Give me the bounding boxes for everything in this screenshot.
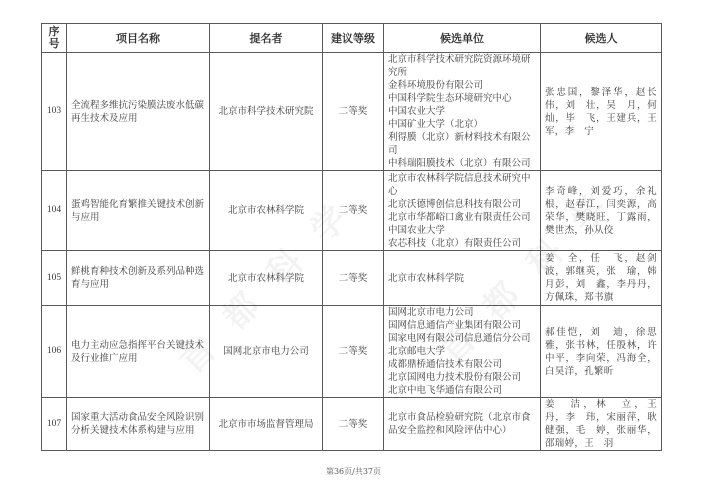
- unit-item: 国网北京市电力公司: [388, 306, 536, 319]
- unit-item: 北京沃德博创信息科技有限公司: [388, 198, 536, 211]
- row-units: 国网北京市电力公司 国网信息通信产业集团有限公司 国家电网有限公司信息通信分公司…: [384, 306, 541, 398]
- unit-item: 国家电网有限公司信息通信分公司: [388, 332, 536, 345]
- table-row: 106 电力主动应急指挥平台关键技术及行业推广应用 国网北京市电力公司 二等奖 …: [42, 306, 662, 398]
- unit-item: 北京市农林科学院: [388, 272, 536, 285]
- row-candidates: 姜 洁，林 立，王 丹，李 玮，宋丽萍，耿健强，毛 婷，张丽华，邵瑞婷，王 羽: [541, 398, 662, 451]
- unit-item: 中国科学院生态环境研究中心: [388, 92, 536, 105]
- row-nominator: 北京市农林科学院: [210, 171, 323, 251]
- header-candidates: 候选人: [541, 24, 662, 53]
- header-level: 建议等级: [323, 24, 384, 53]
- row-units: 北京市农林科学院信息技术研究中心 北京沃德博创信息科技有限公司 北京市华都峪口禽…: [384, 171, 541, 251]
- unit-item: 国网信息通信产业集团有限公司: [388, 319, 536, 332]
- table-row: 103 全流程多维抗污染膜法废水低碳再生技术及应用 北京市科学技术研究院 二等奖…: [42, 53, 662, 171]
- unit-item: 农芯科技（北京）有限责任公司: [388, 237, 536, 250]
- row-candidates: 郝佳恺，刘 迪，徐思雅，张书林，任殷林，许中平，李向荣，冯海全，白昊洋，孔繁昕: [541, 306, 662, 398]
- row-nominator: 北京市市场监督管理局: [210, 398, 323, 451]
- row-no: 106: [42, 306, 67, 398]
- table-header-row: 序号 项目名称 提名者 建议等级 候选单位 候选人: [42, 24, 662, 53]
- row-no: 107: [42, 398, 67, 451]
- header-nominator: 提名者: [210, 24, 323, 53]
- unit-item: 北京市食品检验研究院（北京市食品安全监控和风险评估中心）: [388, 411, 536, 437]
- unit-item: 北京市农林科学院信息技术研究中心: [388, 172, 536, 198]
- table-row: 107 国家重大活动食品安全风险识别分析关键技术体系构建与应用 北京市市场监督管…: [42, 398, 662, 451]
- row-no: 104: [42, 171, 67, 251]
- unit-item: 北京市华都峪口禽业有限责任公司: [388, 211, 536, 224]
- unit-item: 北京市科学技术研究院资源环境研究所: [388, 53, 536, 79]
- row-level: 二等奖: [323, 171, 384, 251]
- row-level: 二等奖: [323, 306, 384, 398]
- row-project: 鲜桃育种技术创新及系列品种选育与应用: [67, 251, 210, 306]
- row-nominator: 北京市科学技术研究院: [210, 53, 323, 171]
- header-no: 序号: [42, 24, 67, 53]
- row-project: 国家重大活动食品安全风险识别分析关键技术体系构建与应用: [67, 398, 210, 451]
- row-units: 北京市食品检验研究院（北京市食品安全监控和风险评估中心）: [384, 398, 541, 451]
- row-no: 105: [42, 251, 67, 306]
- row-level: 二等奖: [323, 53, 384, 171]
- row-project: 全流程多维抗污染膜法废水低碳再生技术及应用: [67, 53, 210, 171]
- row-project: 电力主动应急指挥平台关键技术及行业推广应用: [67, 306, 210, 398]
- row-nominator: 北京市农林科学院: [210, 251, 323, 306]
- table-row: 104 蛋鸡智能化育繁推关键技术创新与应用 北京市农林科学院 二等奖 北京市农林…: [42, 171, 662, 251]
- unit-item: 北京国网电力技术股份有限公司: [388, 371, 536, 384]
- row-units: 北京市农林科学院: [384, 251, 541, 306]
- document-page: 序号 项目名称 提名者 建议等级 候选单位 候选人 103 全流程多维抗污染膜法…: [0, 0, 707, 500]
- unit-item: 金科环境股份有限公司: [388, 79, 536, 92]
- unit-item: 中国农业大学: [388, 224, 536, 237]
- award-candidates-table: 序号 项目名称 提名者 建议等级 候选单位 候选人 103 全流程多维抗污染膜法…: [41, 23, 662, 451]
- row-nominator: 国网北京市电力公司: [210, 306, 323, 398]
- row-no: 103: [42, 53, 67, 171]
- page-number: 第36页/共37页: [0, 466, 707, 477]
- row-candidates: 姜 全，任 飞，赵剑波，郭继英，张 瑜，韩月彭，刘 鑫，李丹丹，方佩珠，郑书旗: [541, 251, 662, 306]
- unit-item: 成都鼎桥通信技术有限公司: [388, 358, 536, 371]
- row-project: 蛋鸡智能化育繁推关键技术创新与应用: [67, 171, 210, 251]
- row-units: 北京市科学技术研究院资源环境研究所 金科环境股份有限公司 中国科学院生态环境研究…: [384, 53, 541, 171]
- unit-item: 北京中电飞华通信有限公司: [388, 384, 536, 397]
- header-project: 项目名称: [67, 24, 210, 53]
- unit-item: 利得膜（北京）新材料技术有限公司: [388, 131, 536, 157]
- table-row: 105 鲜桃育种技术创新及系列品种选育与应用 北京市农林科学院 二等奖 北京市农…: [42, 251, 662, 306]
- unit-item: 中国农业大学: [388, 105, 536, 118]
- header-units: 候选单位: [384, 24, 541, 53]
- row-level: 二等奖: [323, 251, 384, 306]
- unit-item: 中科瑞阳膜技术（北京）有限公司: [388, 157, 536, 170]
- row-candidates: 李奇峰，刘爱巧，余礼根，赵春江，闫奕源，高荣华，樊晓旺，丁露雨，樊世杰，孙从佼: [541, 171, 662, 251]
- row-candidates: 张忠国，黎泽华，赵长伟，刘 壮，吴 月，何 灿，毕 飞，王建兵，王 军，李 宁: [541, 53, 662, 171]
- row-level: 二等奖: [323, 398, 384, 451]
- unit-item: 中国矿业大学（北京）: [388, 118, 536, 131]
- unit-item: 北京邮电大学: [388, 345, 536, 358]
